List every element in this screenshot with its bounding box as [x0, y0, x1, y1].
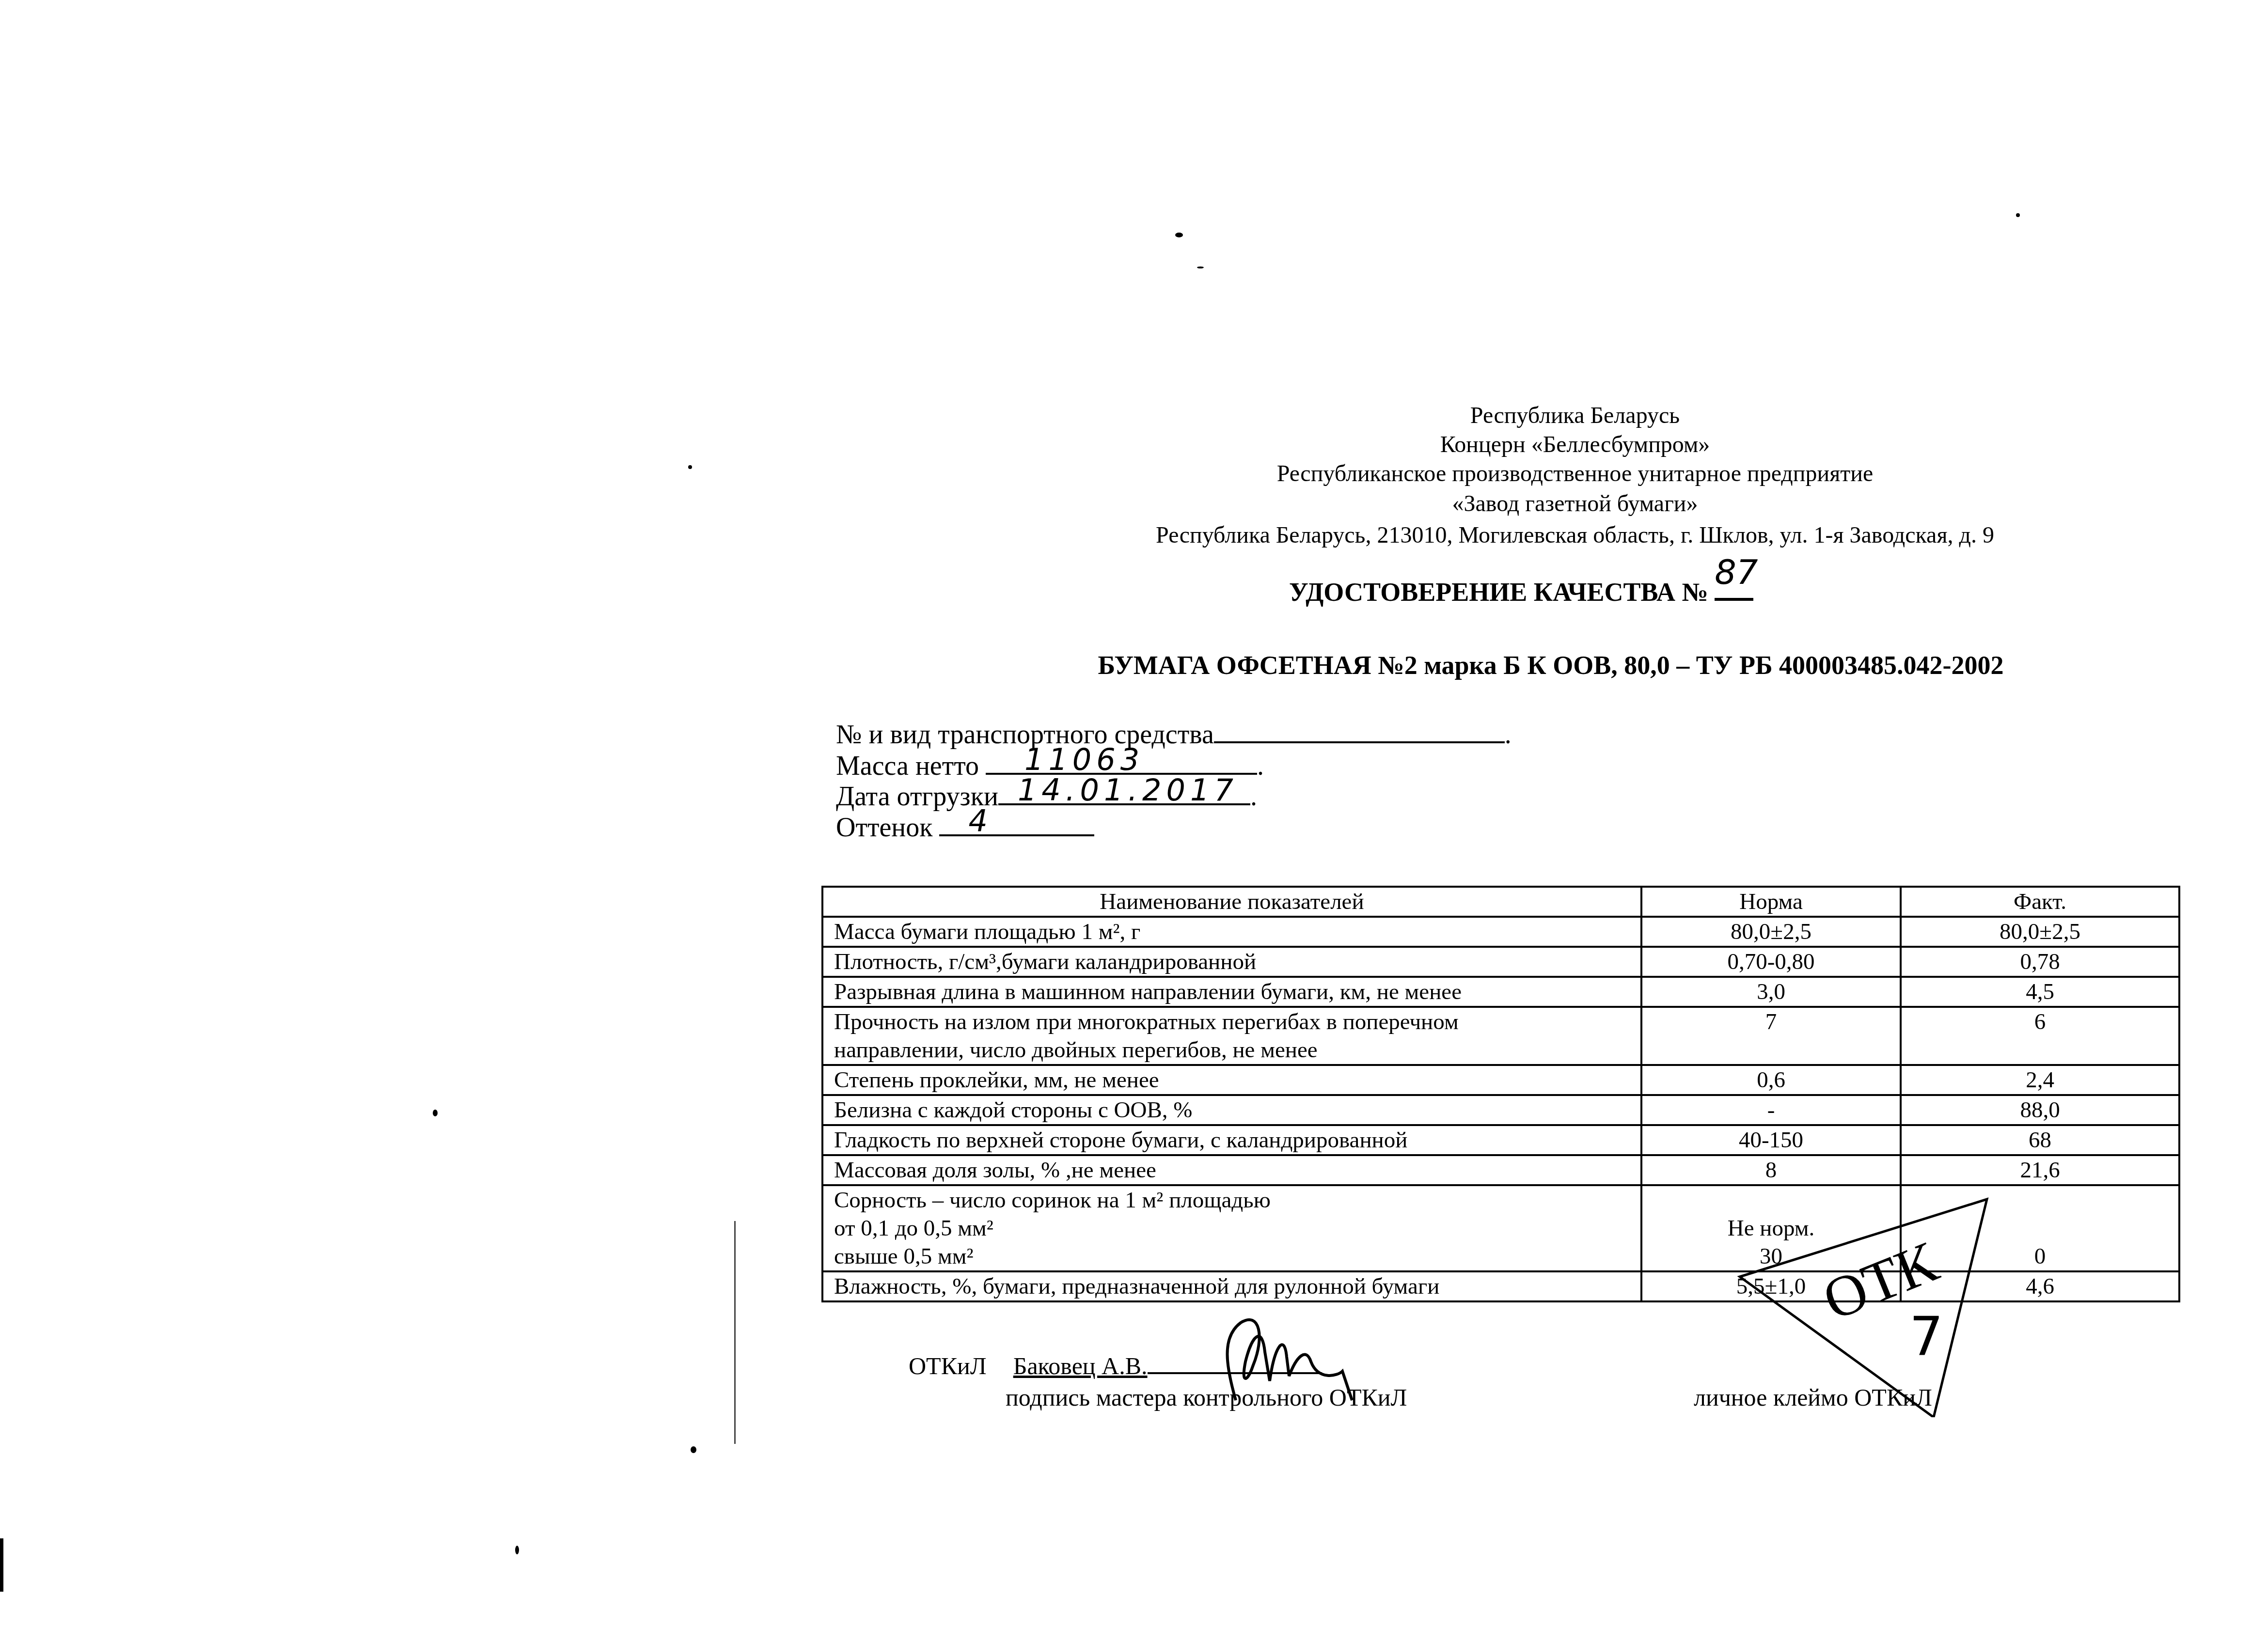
- certificate-title-text: УДОСТОВЕРЕНИЕ КАЧЕСТВА №: [1289, 578, 1708, 607]
- table-row: Прочность на излом при многократных пере…: [822, 1007, 2179, 1065]
- otk-stamp: ОТК 7: [1725, 1194, 1997, 1417]
- header-concern: Концерн «Беллесбумпром»: [1066, 430, 2084, 459]
- transport-value: [1214, 717, 1505, 743]
- table-row: Масса бумаги площадью 1 м², г 80,0±2,5 8…: [822, 917, 2179, 947]
- indicator-name: Степень проклейки, мм, не менее: [822, 1065, 1641, 1095]
- certificate-title: УДОСТОВЕРЕНИЕ КАЧЕСТВА № 87: [1289, 577, 1753, 607]
- shade-value: 4: [968, 805, 992, 837]
- date-field: Дата отгрузки14.01.2017.: [836, 779, 1257, 813]
- indicator-name: Прочность на излом при многократных пере…: [822, 1007, 1641, 1065]
- shade-field: Оттенок 4: [836, 810, 1094, 844]
- scan-edge-line: [734, 1221, 736, 1444]
- fact-value: 6: [1901, 1007, 2179, 1065]
- mass-value: 11063: [1024, 744, 1144, 776]
- date-value-line: 14.01.2017: [998, 779, 1250, 805]
- date-value: 14.01.2017: [1018, 774, 1238, 806]
- fact-value: 80,0±2,5: [1901, 917, 2179, 947]
- mass-value-line: 11063: [986, 749, 1257, 775]
- signature-caption: подпись мастера контрольного ОТКиЛ: [1006, 1383, 1407, 1411]
- signature-name: Баковец А.В.: [1013, 1352, 1148, 1379]
- norm-value: 0,70-0,80: [1641, 947, 1901, 977]
- fact-value: 4,5: [1901, 977, 2179, 1007]
- indicator-name: Белизна с каждой стороны с ООВ, %: [822, 1095, 1641, 1125]
- mass-label: Масса нетто: [836, 751, 979, 781]
- indicator-name: Массовая доля золы, % ,не менее: [822, 1155, 1641, 1185]
- norm-value: 80,0±2,5: [1641, 917, 1901, 947]
- scan-edge-mark: [0, 1538, 3, 1592]
- header-country: Республика Беларусь: [1066, 401, 2084, 430]
- header-enterprise-type: Республиканское производственное унитарн…: [1066, 459, 2084, 488]
- shade-label: Оттенок: [836, 813, 932, 843]
- fact-value: 2,4: [1901, 1065, 2179, 1095]
- scan-speck: [691, 1446, 696, 1453]
- norm-value: 3,0: [1641, 977, 1901, 1007]
- table-row: Степень проклейки, мм, не менее 0,6 2,4: [822, 1065, 2179, 1095]
- scan-speck: [688, 465, 692, 469]
- transport-field: № и вид транспортного средства.: [836, 717, 1512, 751]
- header-address: Республика Беларусь, 213010, Могилевская…: [1042, 521, 2108, 550]
- table-row: Белизна с каждой стороны с ООВ, % - 88,0: [822, 1095, 2179, 1125]
- header-enterprise-name: «Завод газетной бумаги»: [1066, 489, 2084, 518]
- signature-dept: ОТКиЛ: [909, 1352, 987, 1379]
- stamp-number: 7: [1909, 1306, 1943, 1368]
- scan-speck: [1197, 266, 1204, 268]
- norm-value: -: [1641, 1095, 1901, 1125]
- scan-speck: [515, 1546, 519, 1554]
- norm-value: 40-150: [1641, 1125, 1901, 1155]
- certificate-number: 87: [1715, 552, 1758, 592]
- header-norm: Норма: [1641, 887, 1901, 917]
- table-row: Плотность, г/см³,бумаги каландрированной…: [822, 947, 2179, 977]
- norm-value: 0,6: [1641, 1065, 1901, 1095]
- norm-value: 7: [1641, 1007, 1901, 1065]
- header-fact: Факт.: [1901, 887, 2179, 917]
- fact-value: 88,0: [1901, 1095, 2179, 1125]
- indicator-name: Гладкость по верхней стороне бумаги, с к…: [822, 1125, 1641, 1155]
- table-row: Разрывная длина в машинном направлении б…: [822, 977, 2179, 1007]
- scan-speck: [2016, 213, 2020, 217]
- indicator-name: Масса бумаги площадью 1 м², г: [822, 917, 1641, 947]
- fact-value: 68: [1901, 1125, 2179, 1155]
- scan-speck: [433, 1110, 438, 1116]
- indicator-name: Плотность, г/см³,бумаги каландрированной: [822, 947, 1641, 977]
- header-indicator: Наименование показателей: [822, 887, 1641, 917]
- indicator-name: Влажность, %, бумаги, предназначенной дл…: [822, 1271, 1641, 1301]
- fact-value: 21,6: [1901, 1155, 2179, 1185]
- scan-speck: [1175, 233, 1183, 237]
- table-row: Массовая доля золы, % ,не менее 8 21,6: [822, 1155, 2179, 1185]
- shade-value-line: 4: [939, 810, 1094, 836]
- table-row: Гладкость по верхней стороне бумаги, с к…: [822, 1125, 2179, 1155]
- product-title: БУМАГА ОФСЕТНАЯ №2 марка Б К ООВ, 80,0 –…: [1042, 650, 2060, 680]
- indicator-name: Разрывная длина в машинном направлении б…: [822, 977, 1641, 1007]
- norm-value: 8: [1641, 1155, 1901, 1185]
- indicator-name: Сорность – число соринок на 1 м² площадь…: [822, 1185, 1641, 1271]
- fact-value: 0,78: [1901, 947, 2179, 977]
- table-header-row: Наименование показателей Норма Факт.: [822, 887, 2179, 917]
